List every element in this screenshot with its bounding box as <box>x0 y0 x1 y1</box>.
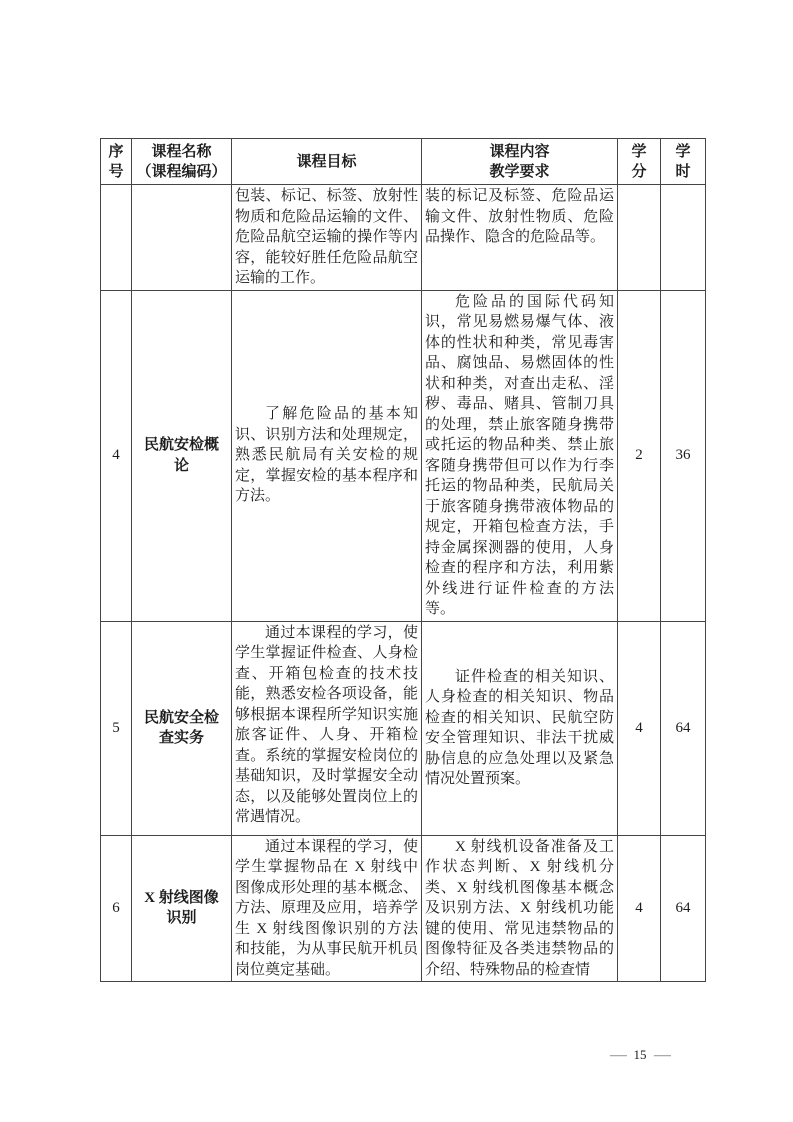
page-footer: — 15 — <box>594 1046 686 1064</box>
header-row: 序 号 课程名称 （课程编码） 课程目标 课程内容 教学要求 学 分 <box>101 139 706 185</box>
header-hours: 学 时 <box>661 139 706 185</box>
header-index-line1: 序 <box>103 142 129 162</box>
course-row-5: 5 民航安全检查实务 通过本课程的学习，使学生掌握证件检查、人身检查、开箱包检查… <box>101 621 706 835</box>
cell-credit: 4 <box>618 835 661 982</box>
header-hours-line1: 学 <box>663 142 703 162</box>
cell-hours: 36 <box>661 290 706 621</box>
cell-objective: 包装、标记、标签、放射性物质和危险品运输的文件、危险品航空运输的操作等内容，能较… <box>232 185 422 291</box>
course-row-continuation: 包装、标记、标签、放射性物质和危险品运输的文件、危险品航空运输的操作等内容，能较… <box>101 185 706 291</box>
header-course-name-line1: 课程名称 <box>134 142 229 162</box>
header-credit-line1: 学 <box>620 142 658 162</box>
header-content-line2: 教学要求 <box>424 162 615 182</box>
header-objective-line1: 课程目标 <box>234 152 419 172</box>
header-hours-line2: 时 <box>663 162 703 182</box>
cell-hours: 64 <box>661 835 706 982</box>
header-content: 课程内容 教学要求 <box>422 139 618 185</box>
header-content-line1: 课程内容 <box>424 142 615 162</box>
cell-content: 危险品的国际代码知识，常见易燃易爆气体、液体的性状和种类，常见毒害品、腐蚀品、易… <box>422 290 618 621</box>
course-table: 序 号 课程名称 （课程编码） 课程目标 课程内容 教学要求 学 分 <box>100 138 706 982</box>
cell-content: 证件检查的相关知识、人身检查的相关知识、物品检查的相关知识、民航空防安全管理知识… <box>422 621 618 835</box>
course-row-6: 6 X 射线图像识别 通过本课程的学习，使学生掌握物品在 X 射线中图像成形处理… <box>101 835 706 982</box>
cell-hours: 64 <box>661 621 706 835</box>
cell-course-name <box>132 185 232 291</box>
cell-credit: 4 <box>618 621 661 835</box>
header-credit: 学 分 <box>618 139 661 185</box>
cell-credit: 2 <box>618 290 661 621</box>
cell-objective: 了解危险品的基本知识、识别方法和处理规定，熟悉民航局有关安检的规定，掌握安检的基… <box>232 290 422 621</box>
header-course-name-line2: （课程编码） <box>134 162 229 182</box>
cell-index: 4 <box>101 290 132 621</box>
cell-course-name: X 射线图像识别 <box>132 835 232 982</box>
footer-dash-left: — <box>610 1047 627 1063</box>
cell-content: 装的标记及标签、危险品运输文件、放射性物质、危险品操作、隐含的危险品等。 <box>422 185 618 291</box>
cell-objective: 通过本课程的学习，使学生掌握物品在 X 射线中图像成形处理的基本概念、方法、原理… <box>232 835 422 982</box>
header-course-name: 课程名称 （课程编码） <box>132 139 232 185</box>
page-number: 15 <box>634 1047 647 1063</box>
cell-course-name: 民航安检概论 <box>132 290 232 621</box>
cell-credit <box>618 185 661 291</box>
cell-content: X 射线机设备准备及工作状态判断、X 射线机分类、X 射线机图像基本概念及识别方… <box>422 835 618 982</box>
cell-hours <box>661 185 706 291</box>
header-index: 序 号 <box>101 139 132 185</box>
header-index-line2: 号 <box>103 162 129 182</box>
header-credit-line2: 分 <box>620 162 658 182</box>
document-page: 序 号 课程名称 （课程编码） 课程目标 课程内容 教学要求 学 分 <box>0 0 793 1122</box>
cell-course-name: 民航安全检查实务 <box>132 621 232 835</box>
cell-index: 6 <box>101 835 132 982</box>
footer-dash-right: — <box>654 1047 671 1063</box>
cell-index <box>101 185 132 291</box>
cell-index: 5 <box>101 621 132 835</box>
cell-objective: 通过本课程的学习，使学生掌握证件检查、人身检查、开箱包检查的技术技能，熟悉安检各… <box>232 621 422 835</box>
course-row-4: 4 民航安检概论 了解危险品的基本知识、识别方法和处理规定，熟悉民航局有关安检的… <box>101 290 706 621</box>
header-objective: 课程目标 <box>232 139 422 185</box>
